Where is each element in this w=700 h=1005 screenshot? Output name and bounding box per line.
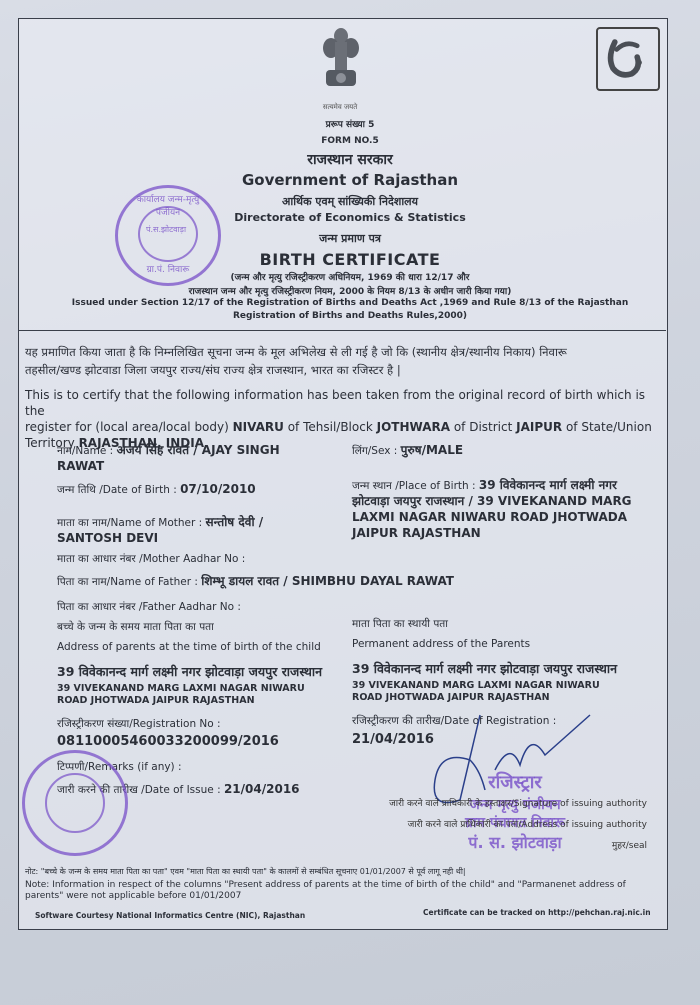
addr-perm-en: 39 VIVEKANAND MARG LAXMI NAGAR NIWARU RO…	[352, 680, 632, 704]
reg-no-label: रजिस्ट्रीकरण संख्या/Registration No :	[57, 717, 221, 732]
addr-perm-label-en: Permanent address of the Parents	[352, 637, 530, 652]
father-value: शिम्भू डायल रावत / SHIMBHU DAYAL RAWAT	[201, 574, 454, 588]
mother-name-field: माता का नाम/Name of Mother : सन्तोष देवी…	[57, 515, 307, 547]
tehsil: JOTHWARA	[377, 420, 450, 434]
dob-field: जन्म तिथि /Date of Birth : 07/10/2010	[57, 482, 256, 498]
note-hindi: नोट: "बच्चे के जन्म के समय माता पिता का …	[25, 864, 655, 879]
father-aadhar-label: पिता का आधार नंबर /Father Aadhar No :	[57, 600, 241, 615]
text: of District	[450, 420, 516, 434]
sex-field: लिंग/Sex : पुरुष/MALE	[352, 443, 463, 459]
emblem-motto: सत्यमेव जयते	[300, 103, 380, 112]
note-english: Note: Information in respect of the colu…	[25, 880, 655, 902]
header-divider	[18, 330, 666, 331]
act-text-en-2: Registration of Births and Deaths Rules,…	[0, 311, 700, 321]
title-hi: जन्म प्रमाण पत्र	[0, 231, 700, 246]
sex-label: लिंग/Sex :	[352, 445, 401, 457]
addr-birth-label-hi: बच्चे के जन्म के समय माता पिता का पता	[57, 620, 214, 635]
dob-value: 07/10/2010	[180, 482, 256, 496]
sex-value: पुरुष/MALE	[401, 443, 463, 457]
govt-name-en: Government of Rajasthan	[0, 171, 700, 189]
issue-value: 21/04/2016	[224, 782, 300, 796]
stamp-inner-text: पं.स.झोटवाड़ा	[138, 224, 194, 235]
text: of State/Union	[562, 420, 652, 434]
software-courtesy: Software Courtesy National Informatics C…	[35, 908, 305, 923]
addr-birth-hi: 39 विवेकानन्द मार्ग लक्ष्मी नगर झोटवाड़ा…	[57, 664, 322, 679]
pob-label: जन्म स्थान /Place of Birth :	[352, 480, 479, 492]
local-body: NIVARU	[233, 420, 284, 434]
addr-birth-label-en: Address of parents at the time of birth …	[57, 640, 321, 655]
stamp-outer-text: कार्यालय जन्म-मृत्यु पंजीयन	[128, 192, 208, 218]
certify-english: This is to certify that the following in…	[25, 387, 655, 451]
father-label: पिता का नाम/Name of Father :	[57, 576, 201, 588]
authority-address-label: जारी करने वाले प्राधिकारी का पता/Address…	[370, 818, 647, 833]
dob-label: जन्म तिथि /Date of Birth :	[57, 484, 180, 496]
office-stamp-bottom	[22, 750, 128, 856]
form-number-hi: प्ररूप संख्या 5	[0, 117, 700, 130]
addr-perm-label-hi: माता पिता का स्थायी पता	[352, 617, 448, 632]
father-name-field: पिता का नाम/Name of Father : शिम्भू डायल…	[57, 574, 454, 590]
pehchan-logo-icon	[598, 29, 654, 85]
text: of Tehsil/Block	[284, 420, 377, 434]
signature-label: जारी करने वाले प्राधिकारी के हस्ताक्षर/S…	[370, 797, 647, 812]
certify-en-line-2: register for (local area/local body) NIV…	[25, 419, 655, 435]
certify-hindi-line-2: तहसील/खण्ड झोटवाडा जिला जयपुर राज्य/संघ …	[25, 362, 655, 378]
text: register for (local area/local body)	[25, 420, 233, 434]
act-text-hi-1: (जन्म और मृत्यु रजिस्ट्रीकरण अधिनियम, 19…	[0, 270, 700, 283]
national-emblem-icon	[318, 22, 364, 102]
addr-birth-en: 39 VIVEKANAND MARG LAXMI NAGAR NIWARU RO…	[57, 683, 327, 707]
district: JAIPUR	[516, 420, 562, 434]
act-text-hi-2: राजस्थान जन्म और मृत्यु रजिस्ट्रीकरण निय…	[0, 284, 700, 297]
certificate-title: BIRTH CERTIFICATE	[0, 250, 700, 269]
office-stamp-top: कार्यालय जन्म-मृत्यु पंजीयन पं.स.झोटवाड़…	[115, 185, 221, 286]
dept-name-hi: आर्थिक एवम् सांख्यिकी निदेशालय	[0, 194, 700, 209]
tracking-info: Certificate can be tracked on http://peh…	[423, 905, 651, 920]
form-number-en: FORM NO.5	[0, 136, 700, 146]
reg-no-value: 08110005460033200099/2016	[57, 734, 279, 749]
pehchan-logo	[596, 27, 660, 91]
act-text-en-1: Issued under Section 12/17 of the Regist…	[0, 298, 700, 308]
stamp-bottom-text: ग्रा.पं. निवारू	[128, 262, 208, 275]
place-of-birth-field: जन्म स्थान /Place of Birth : 39 विवेकानन…	[352, 478, 632, 542]
seal-label: मुहर/seal	[370, 839, 647, 854]
certify-hindi-line-1: यह प्रमाणित किया जाता है कि निम्नलिखित स…	[25, 344, 655, 360]
dept-name-en: Directorate of Economics & Statistics	[0, 211, 700, 224]
govt-name-hi: राजस्थान सरकार	[0, 150, 700, 169]
registrar-stamp-line1: रजिस्ट्रार	[440, 770, 590, 794]
mother-label: माता का नाम/Name of Mother :	[57, 517, 206, 529]
mother-aadhar-label: माता का आधार नंबर /Mother Aadhar No :	[57, 552, 245, 567]
certify-en-line-1: This is to certify that the following in…	[25, 387, 655, 419]
addr-perm-hi: 39 विवेकानन्द मार्ग लक्ष्मी नगर झोटवाड़ा…	[352, 661, 617, 676]
name-label: नाम/Name :	[57, 445, 117, 457]
name-field: नाम/Name : अजय सिंह रावत / AJAY SINGH RA…	[57, 443, 317, 475]
